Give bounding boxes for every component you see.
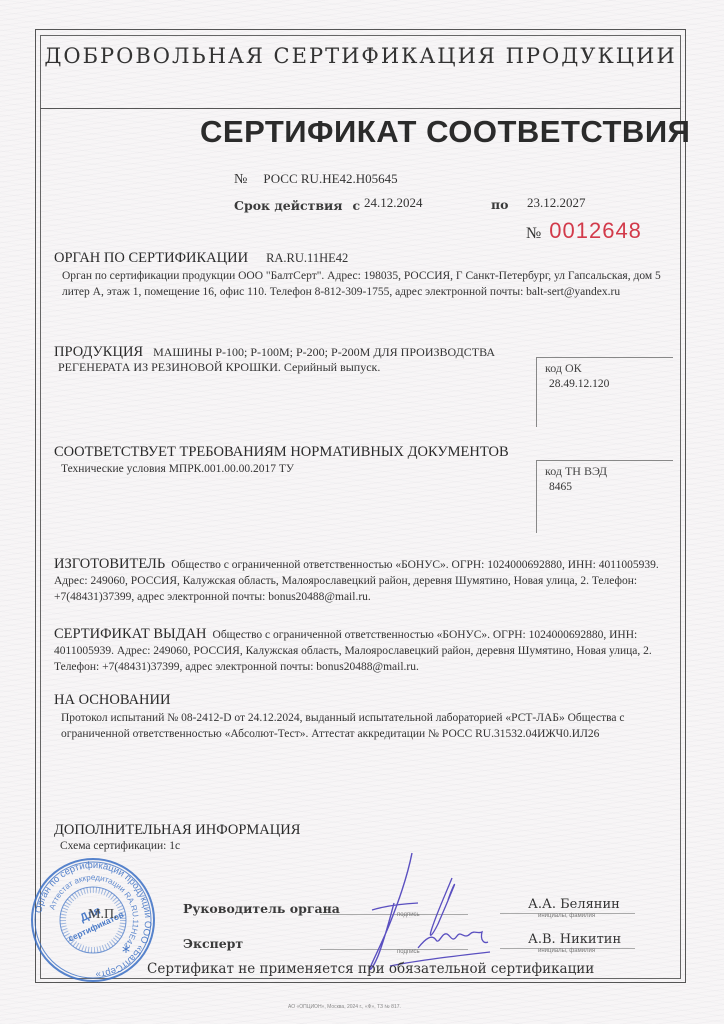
issued-to-section: СЕРТИФИКАТ ВЫДАНОбщество с ограниченной … xyxy=(54,626,664,675)
number-sign: № xyxy=(234,172,247,187)
basis-details: Протокол испытаний № 08-2412-D от 24.12.… xyxy=(61,710,651,742)
blank-serial-number: 0012648 xyxy=(549,218,642,243)
basis-heading: НА ОСНОВАНИИ xyxy=(54,692,170,709)
head-name-caption: инициалы, фамилия xyxy=(538,913,595,919)
handwritten-signatures-icon xyxy=(360,848,500,978)
issued-to-heading: СЕРТИФИКАТ ВЫДАН xyxy=(54,626,207,642)
validity-to-label: по xyxy=(491,197,509,212)
non-mandatory-certification-note: Сертификат не применяется при обязательн… xyxy=(147,961,594,977)
seal-place-label: М.П. xyxy=(88,907,118,923)
printer-imprint: АО «ОПЦИОН», Москва, 2024 г., «Ф», ТЗ № … xyxy=(288,1004,401,1010)
normative-document: Технические условия МПРК.001.00.00.2017 … xyxy=(61,463,294,475)
certificate-title: СЕРТИФИКАТ СООТВЕТСТВИЯ xyxy=(40,114,681,150)
certificate-number-row: № РОСС RU.НЕ42.Н05645 xyxy=(234,170,398,188)
expert-name-caption: инициалы, фамилия xyxy=(538,948,595,954)
conformity-heading: СООТВЕТСТВУЕТ ТРЕБОВАНИЯМ НОРМАТИВНЫХ ДО… xyxy=(54,444,509,461)
tnved-code-label: код ТН ВЭД xyxy=(545,464,673,479)
head-of-body-name: А.А. Белянин xyxy=(528,897,620,912)
tnved-code-value: 8465 xyxy=(549,481,673,493)
validity-from-label: с xyxy=(353,198,361,213)
product-line-2: РЕГЕНЕРАТА ИЗ РЕЗИНОВОЙ КРОШКИ. Серийный… xyxy=(58,360,380,375)
okpd-code-value: 28.49.12.120 xyxy=(549,378,673,390)
certification-scheme: Схема сертификации: 1с xyxy=(60,840,180,852)
svg-text:*: * xyxy=(122,942,130,961)
product-heading-row: ПРОДУКЦИЯ МАШИНЫ Р-100; Р-100М; Р-200; Р… xyxy=(54,343,495,361)
product-heading: ПРОДУКЦИЯ xyxy=(54,344,143,360)
manufacturer-heading: ИЗГОТОВИТЕЛЬ xyxy=(54,556,165,572)
expert-name: А.В. Никитин xyxy=(528,932,621,947)
certification-body-code: RA.RU.11НЕ42 xyxy=(266,251,348,265)
head-of-body-label: Руководитель органа xyxy=(183,901,340,916)
valid-to-date: 23.12.2027 xyxy=(527,195,586,211)
expert-label: Эксперт xyxy=(183,936,243,951)
validity-label: Срок действия xyxy=(234,198,343,213)
manufacturer-section: ИЗГОТОВИТЕЛЬОбщество с ограниченной отве… xyxy=(54,556,664,605)
okpd-code-label: код ОК xyxy=(545,361,673,376)
certification-body-heading: ОРГАН ПО СЕРТИФИКАЦИИ xyxy=(54,250,248,266)
tnved-code-box: код ТН ВЭД 8465 xyxy=(536,460,673,533)
certification-body-stamp: Орган по сертификации продукции ООО «Бал… xyxy=(30,857,156,983)
okpd-code-box: код ОК 28.49.12.120 xyxy=(536,357,673,427)
voluntary-certification-title: ДОБРОВОЛЬНАЯ СЕРТИФИКАЦИЯ ПРОДУКЦИИ xyxy=(40,44,681,68)
certification-body-heading-row: ОРГАН ПО СЕРТИФИКАЦИИ RA.RU.11НЕ42 xyxy=(54,249,348,267)
product-line-1: МАШИНЫ Р-100; Р-100М; Р-200; Р-200М ДЛЯ … xyxy=(153,345,495,359)
blank-number-sign: № xyxy=(526,225,541,242)
blank-number-row: № 0012648 xyxy=(526,218,642,244)
additional-info-heading: ДОПОЛНИТЕЛЬНАЯ ИНФОРМАЦИЯ xyxy=(54,822,300,839)
header-divider xyxy=(40,108,681,109)
certification-body-details: Орган по сертификации продукции ООО "Бал… xyxy=(62,268,670,300)
certificate-number: РОСС RU.НЕ42.Н05645 xyxy=(263,171,397,186)
validity-row: Срок действия с xyxy=(234,197,360,215)
valid-from-date: 24.12.2024 xyxy=(364,195,423,211)
